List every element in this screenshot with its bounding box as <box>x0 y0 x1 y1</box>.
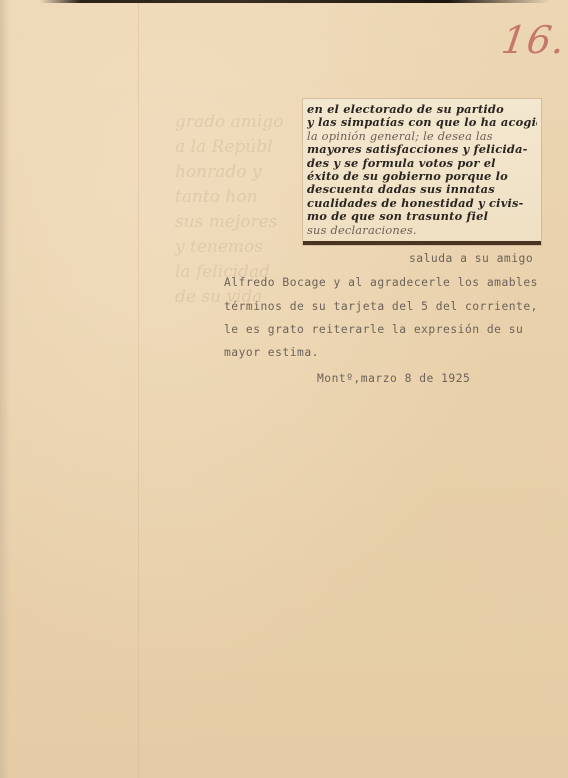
clipping-line: descuenta dadas sus innatas <box>307 183 537 196</box>
clipping-line: cualidades de honestidad y civis- <box>307 197 537 210</box>
clipping-line: sus declaraciones. <box>307 224 537 237</box>
clipping-line: éxito de su gobierno porque lo <box>307 170 537 183</box>
clipping-line: mayores satisfacciones y felicida- <box>307 143 537 156</box>
date-line: Montº,marzo 8 de 1925 <box>317 372 470 385</box>
clipping-line: mo de que son trasunto fiel <box>307 210 537 223</box>
typed-line: términos de su tarjeta del 5 del corrien… <box>224 300 538 313</box>
clipping-text: en el electorado de su partido y las sim… <box>307 103 537 237</box>
typed-line: le es grato reiterarle la expresión de s… <box>224 323 523 336</box>
typed-line: mayor estima. <box>224 346 319 359</box>
clipping-line: en el electorado de su partido <box>307 103 537 116</box>
clipping-line: la opinión general; le desea las <box>307 130 537 143</box>
handwritten-clipping: en el electorado de su partido y las sim… <box>303 99 541 245</box>
typed-line: Alfredo Bocage y al agradecerle los amab… <box>224 276 538 289</box>
page-number: 16. <box>499 18 568 62</box>
paper-fold-line <box>138 0 139 778</box>
page-left-shadow <box>0 0 10 778</box>
typed-line: saluda a su amigo <box>409 252 533 265</box>
clipping-line: des y se formula votos por el <box>307 157 537 170</box>
document-page: 16. grado amigo a la Repúbl honrado y ta… <box>0 0 568 778</box>
clipping-line: y las simpatías con que lo ha acogido <box>307 116 537 129</box>
page-top-edge <box>40 0 550 3</box>
